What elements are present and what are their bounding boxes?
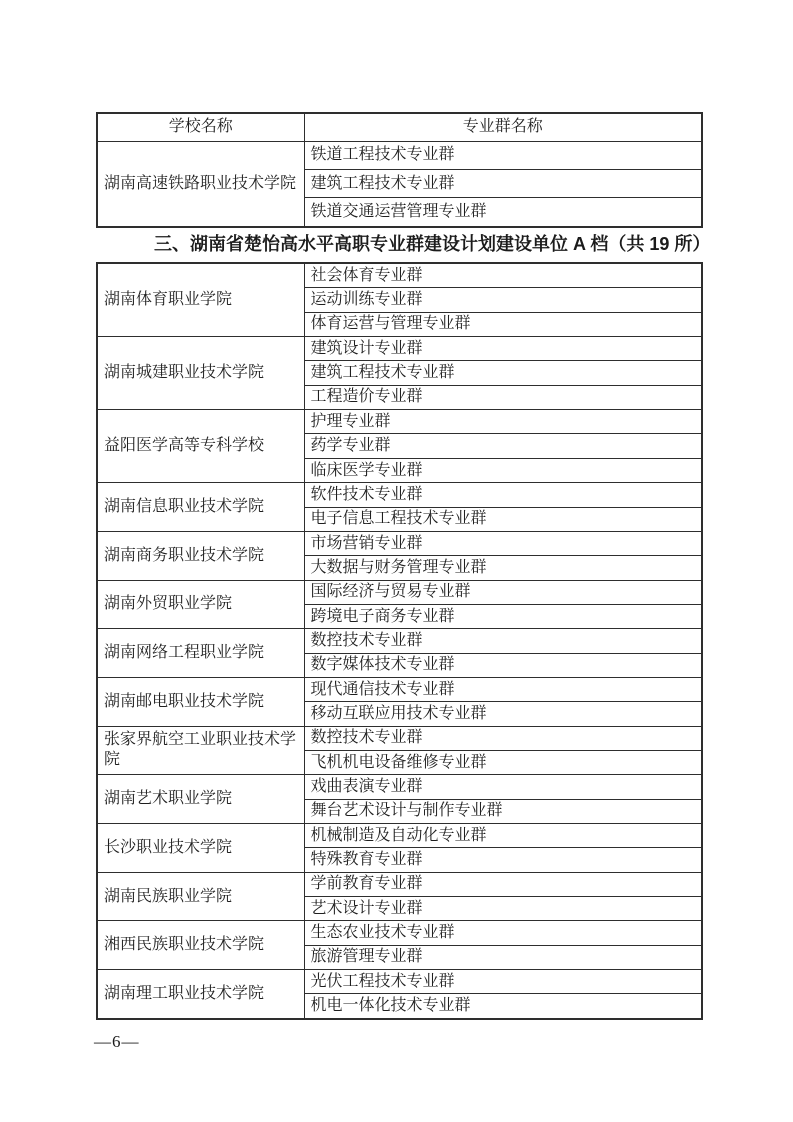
table-row: 益阳医学高等专科学校护理专业群 xyxy=(97,410,702,434)
group-name-cell: 戏曲表演专业群 xyxy=(304,775,702,799)
page-number: —6— xyxy=(94,1032,140,1052)
table-row: 湖南民族职业学院学前教育专业群 xyxy=(97,872,702,896)
section-heading: 三、湖南省楚怡高水平高职专业群建设计划建设单位 A 档（共 19 所） xyxy=(96,231,793,257)
group-name-cell: 数控技术专业群 xyxy=(304,629,702,653)
table-row: 长沙职业技术学院机械制造及自动化专业群 xyxy=(97,823,702,847)
school-name-cell: 湖南体育职业学院 xyxy=(97,263,304,337)
table-row: 湖南商务职业技术学院市场营销专业群 xyxy=(97,531,702,555)
table-row: 湖南外贸职业学院国际经济与贸易专业群 xyxy=(97,580,702,604)
railway-school-table: 学校名称专业群名称湖南高速铁路职业技术学院铁道工程技术专业群建筑工程技术专业群铁… xyxy=(96,112,703,228)
group-name-cell: 市场营销专业群 xyxy=(304,531,702,555)
group-name-cell: 体育运营与管理专业群 xyxy=(304,312,702,336)
group-name-cell: 铁道交通运营管理专业群 xyxy=(304,198,702,227)
table-row: 湖南高速铁路职业技术学院铁道工程技术专业群 xyxy=(97,141,702,169)
document-page: 学校名称专业群名称湖南高速铁路职业技术学院铁道工程技术专业群建筑工程技术专业群铁… xyxy=(0,0,793,1122)
group-name-cell: 大数据与财务管理专业群 xyxy=(304,556,702,580)
group-name-cell: 数字媒体技术专业群 xyxy=(304,653,702,677)
group-name-cell: 机械制造及自动化专业群 xyxy=(304,823,702,847)
group-name-cell: 现代通信技术专业群 xyxy=(304,677,702,701)
school-name-cell: 湖南信息职业技术学院 xyxy=(97,483,304,532)
group-name-cell: 国际经济与贸易专业群 xyxy=(304,580,702,604)
table-row: 湖南艺术职业学院戏曲表演专业群 xyxy=(97,775,702,799)
group-name-cell: 机电一体化技术专业群 xyxy=(304,994,702,1019)
group-name-cell: 药学专业群 xyxy=(304,434,702,458)
table-row: 湖南城建职业技术学院建筑设计专业群 xyxy=(97,337,702,361)
a-tier-school-group-table: 湖南体育职业学院社会体育专业群运动训练专业群体育运营与管理专业群湖南城建职业技术… xyxy=(96,262,703,1020)
table-row: 湘西民族职业技术学院生态农业技术专业群 xyxy=(97,921,702,945)
group-name-cell: 光伏工程技术专业群 xyxy=(304,970,702,994)
group-name-cell: 建筑设计专业群 xyxy=(304,337,702,361)
group-name-cell: 铁道工程技术专业群 xyxy=(304,141,702,169)
group-name-cell: 运动训练专业群 xyxy=(304,288,702,312)
group-name-cell: 电子信息工程技术专业群 xyxy=(304,507,702,531)
group-name-cell: 飞机机电设备维修专业群 xyxy=(304,750,702,774)
group-name-cell: 软件技术专业群 xyxy=(304,483,702,507)
group-name-cell: 生态农业技术专业群 xyxy=(304,921,702,945)
header-cell: 学校名称 xyxy=(97,113,304,141)
school-name-cell: 湖南理工职业技术学院 xyxy=(97,970,304,1019)
table-row: 湖南理工职业技术学院光伏工程技术专业群 xyxy=(97,970,702,994)
school-name-cell: 湖南民族职业学院 xyxy=(97,872,304,921)
table-row: 张家界航空工业职业技术学院数控技术专业群 xyxy=(97,726,702,750)
table-row: 湖南体育职业学院社会体育专业群 xyxy=(97,263,702,288)
school-name-cell: 湖南邮电职业技术学院 xyxy=(97,677,304,726)
school-name-cell: 湘西民族职业技术学院 xyxy=(97,921,304,970)
group-name-cell: 建筑工程技术专业群 xyxy=(304,361,702,385)
group-name-cell: 工程造价专业群 xyxy=(304,385,702,409)
school-name-cell: 湖南网络工程职业学院 xyxy=(97,629,304,678)
group-name-cell: 社会体育专业群 xyxy=(304,263,702,288)
group-name-cell: 舞台艺术设计与制作专业群 xyxy=(304,799,702,823)
table-row: 湖南信息职业技术学院软件技术专业群 xyxy=(97,483,702,507)
group-name-cell: 特殊教育专业群 xyxy=(304,848,702,872)
header-cell: 专业群名称 xyxy=(304,113,702,141)
school-name-cell: 湖南商务职业技术学院 xyxy=(97,531,304,580)
table-row: 湖南邮电职业技术学院现代通信技术专业群 xyxy=(97,677,702,701)
school-name-cell: 益阳医学高等专科学校 xyxy=(97,410,304,483)
group-name-cell: 学前教育专业群 xyxy=(304,872,702,896)
group-name-cell: 跨境电子商务专业群 xyxy=(304,604,702,628)
header-row: 学校名称专业群名称 xyxy=(97,113,702,141)
school-name-cell: 湖南艺术职业学院 xyxy=(97,775,304,824)
school-name-cell: 长沙职业技术学院 xyxy=(97,823,304,872)
group-name-cell: 旅游管理专业群 xyxy=(304,945,702,969)
group-name-cell: 护理专业群 xyxy=(304,410,702,434)
group-name-cell: 临床医学专业群 xyxy=(304,458,702,482)
school-name-cell: 湖南城建职业技术学院 xyxy=(97,337,304,410)
group-name-cell: 数控技术专业群 xyxy=(304,726,702,750)
school-name-cell: 张家界航空工业职业技术学院 xyxy=(97,726,304,775)
school-name-cell: 湖南外贸职业学院 xyxy=(97,580,304,629)
school-name-cell: 湖南高速铁路职业技术学院 xyxy=(97,141,304,227)
group-name-cell: 建筑工程技术专业群 xyxy=(304,169,702,197)
group-name-cell: 移动互联应用技术专业群 xyxy=(304,702,702,726)
group-name-cell: 艺术设计专业群 xyxy=(304,897,702,921)
table-row: 湖南网络工程职业学院数控技术专业群 xyxy=(97,629,702,653)
